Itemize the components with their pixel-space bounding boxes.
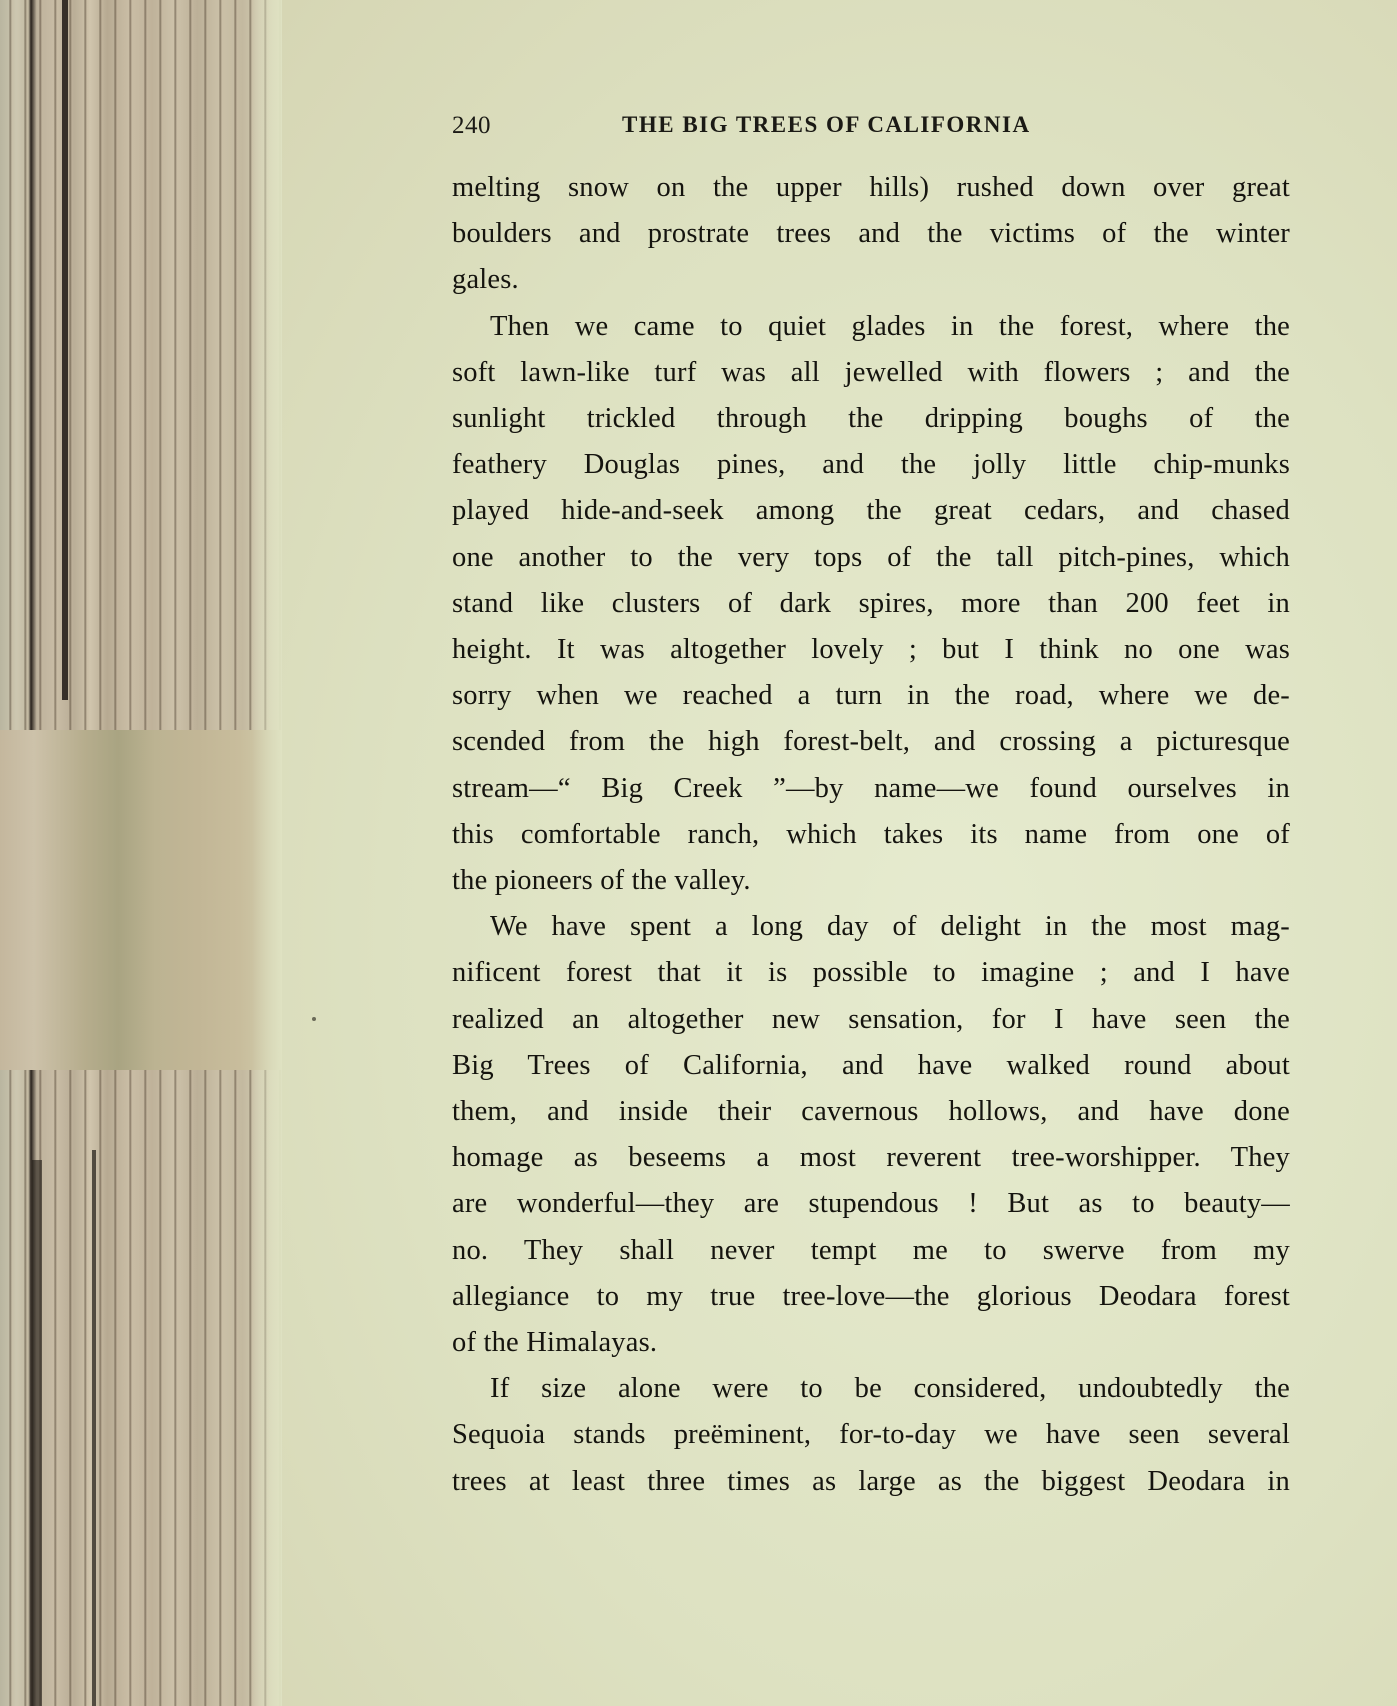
- book-page-edges: [0, 0, 282, 1706]
- text-line: trees at least three times as large as t…: [452, 1459, 1290, 1505]
- text-line: are wonderful—they are stupendous ! But …: [452, 1181, 1290, 1227]
- paragraph: melting snow on the upper hills) rushed …: [452, 165, 1290, 304]
- text-line: stream—“ Big Creek ”—by name—we found ou…: [452, 766, 1290, 812]
- text-line: height. It was altogether lovely ; but I…: [452, 627, 1290, 673]
- page-edge-shadow: [62, 0, 68, 700]
- paragraph: We have spent a long day of delight in t…: [452, 904, 1290, 1366]
- text-line: nificent forest that it is possible to i…: [452, 950, 1290, 996]
- body-text: melting snow on the upper hills) rushed …: [452, 165, 1290, 1505]
- page-edge-shadow: [32, 1160, 42, 1706]
- text-line: If size alone were to be considered, und…: [452, 1366, 1290, 1412]
- text-line: homage as beseems a most reverent tree-w…: [452, 1135, 1290, 1181]
- text-line: of the Himalayas.: [452, 1320, 1290, 1366]
- text-line: melting snow on the upper hills) rushed …: [452, 165, 1290, 211]
- page-header: 240 THE BIG TREES OF CALIFORNIA: [452, 108, 1397, 144]
- text-line: We have spent a long day of delight in t…: [452, 904, 1290, 950]
- text-line: allegiance to my true tree-love—the glor…: [452, 1274, 1290, 1320]
- text-line: soft lawn-like turf was all jewelled wit…: [452, 350, 1290, 396]
- paper-speck: [312, 1017, 316, 1021]
- text-line: stand like clusters of dark spires, more…: [452, 581, 1290, 627]
- text-line: sunlight trickled through the dripping b…: [452, 396, 1290, 442]
- paragraph: Then we came to quiet glades in the fore…: [452, 304, 1290, 905]
- book-page: 240 THE BIG TREES OF CALIFORNIA melting …: [282, 0, 1397, 1706]
- paragraph: If size alone were to be considered, und…: [452, 1366, 1290, 1505]
- text-line: them, and inside their cavernous hollows…: [452, 1089, 1290, 1135]
- gutter-fade: [252, 0, 282, 1706]
- text-line: feathery Douglas pines, and the jolly li…: [452, 442, 1290, 488]
- text-line: boulders and prostrate trees and the vic…: [452, 211, 1290, 257]
- text-line: played hide-and-seek among the great ced…: [452, 488, 1290, 534]
- text-line: this comfortable ranch, which takes its …: [452, 812, 1290, 858]
- running-title: THE BIG TREES OF CALIFORNIA: [622, 112, 1031, 138]
- text-line: gales.: [452, 257, 1290, 303]
- page-edge-shadow: [92, 1150, 96, 1706]
- text-line: realized an altogether new sensation, fo…: [452, 997, 1290, 1043]
- text-line: one another to the very tops of the tall…: [452, 535, 1290, 581]
- page-number: 240: [452, 112, 491, 140]
- text-line: Big Trees of California, and have walked…: [452, 1043, 1290, 1089]
- text-line: Sequoia stands preëminent, for-to-day we…: [452, 1412, 1290, 1458]
- text-line: sorry when we reached a turn in the road…: [452, 673, 1290, 719]
- text-line: scended from the high forest-belt, and c…: [452, 719, 1290, 765]
- text-line: the pioneers of the valley.: [452, 858, 1290, 904]
- text-line: Then we came to quiet glades in the fore…: [452, 304, 1290, 350]
- page-edge-blur-band: [0, 730, 282, 1070]
- text-line: no. They shall never tempt me to swerve …: [452, 1228, 1290, 1274]
